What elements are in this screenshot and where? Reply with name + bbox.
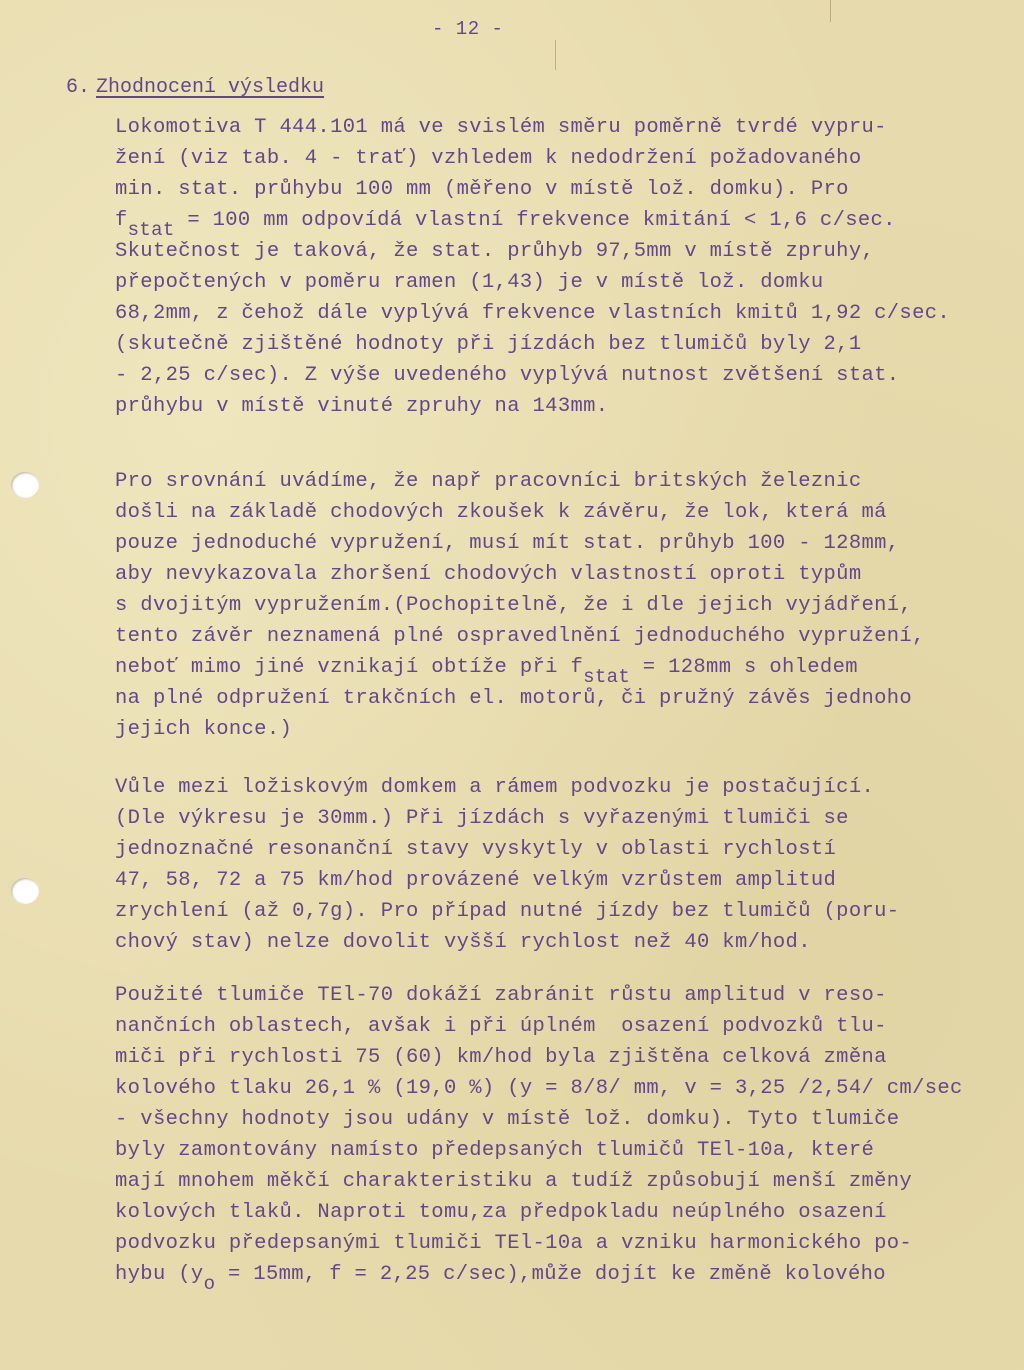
text-line: mají mnohem měkčí charakteristiku a tudí… bbox=[115, 1166, 963, 1197]
text-line: jejich konce.) bbox=[115, 714, 925, 745]
section-heading: 6.Zhodnocení výsledku bbox=[66, 76, 324, 99]
section-number: 6. bbox=[66, 76, 90, 99]
text-run: f bbox=[115, 209, 128, 232]
text-line: s dvojitým vypružením.(Pochopitelně, že … bbox=[115, 590, 925, 621]
text-line: chový stav) nelze dovolit vyšší rychlost… bbox=[115, 927, 899, 958]
text-line: na plné odpružení trakčních el. motorů, … bbox=[115, 683, 925, 714]
text-line: Lokomotiva T 444.101 má ve svislém směru… bbox=[115, 112, 950, 143]
text-line: Pro srovnání uvádíme, že např pracovníci… bbox=[115, 466, 925, 497]
text-run: neboť mimo jiné vznikají obtíže při f bbox=[115, 656, 583, 679]
text-run: hybu (y bbox=[115, 1263, 204, 1286]
paper-mark bbox=[555, 40, 556, 70]
text-run: = 15mm, f = 2,25 c/sec),může dojít ke zm… bbox=[215, 1263, 886, 1286]
text-line: (skutečně zjištěné hodnoty při jízdách b… bbox=[115, 329, 950, 360]
text-line: - všechny hodnoty jsou udány v místě lož… bbox=[115, 1104, 963, 1135]
subscript: stat bbox=[128, 219, 175, 241]
text-line: Skutečnost je taková, že stat. průhyb 97… bbox=[115, 236, 950, 267]
paragraph-1: Lokomotiva T 444.101 má ve svislém směru… bbox=[115, 112, 950, 422]
text-line: průhybu v místě vinuté zpruhy na 143mm. bbox=[115, 391, 950, 422]
text-line: miči při rychlosti 75 (60) km/hod byla z… bbox=[115, 1042, 963, 1073]
text-line: - 2,25 c/sec). Z výše uvedeného vyplývá … bbox=[115, 360, 950, 391]
text-line: aby nevykazovala zhoršení chodových vlas… bbox=[115, 559, 925, 590]
text-line: podvozku předepsanými tlumiči TEl-10a a … bbox=[115, 1228, 963, 1259]
text-line: 47, 58, 72 a 75 km/hod provázené velkým … bbox=[115, 865, 899, 896]
paragraph-2: Pro srovnání uvádíme, že např pracovníci… bbox=[115, 466, 925, 745]
text-line: Použité tlumiče TEl-70 dokáží zabránit r… bbox=[115, 980, 963, 1011]
section-title: Zhodnocení výsledku bbox=[96, 76, 324, 99]
paper-mark bbox=[830, 0, 831, 22]
text-line: min. stat. průhybu 100 mm (měřeno v míst… bbox=[115, 174, 950, 205]
punch-hole-bottom bbox=[11, 878, 39, 904]
paragraph-3: Vůle mezi ložiskovým domkem a rámem podv… bbox=[115, 772, 899, 958]
subscript: o bbox=[204, 1273, 216, 1295]
text-line: přepočtených v poměru ramen (1,43) je v … bbox=[115, 267, 950, 298]
text-line: tento závěr neznamená plné ospravedlnění… bbox=[115, 621, 925, 652]
text-line: fstat = 100 mm odpovídá vlastní frekvenc… bbox=[115, 205, 950, 236]
paragraph-4: Použité tlumiče TEl-70 dokáží zabránit r… bbox=[115, 980, 963, 1290]
text-line: pouze jednoduché vypružení, musí mít sta… bbox=[115, 528, 925, 559]
text-line: hybu (yo = 15mm, f = 2,25 c/sec),může do… bbox=[115, 1259, 963, 1290]
subscript: stat bbox=[583, 666, 630, 688]
text-line: kolového tlaku 26,1 % (19,0 %) (y = 8/8/… bbox=[115, 1073, 963, 1104]
text-run: = 100 mm odpovídá vlastní frekvence kmit… bbox=[175, 209, 896, 232]
text-line: (Dle výkresu je 30mm.) Při jízdách s vyř… bbox=[115, 803, 899, 834]
text-run: = 128mm s ohledem bbox=[630, 656, 858, 679]
text-line: nančních oblastech, avšak i při úplném o… bbox=[115, 1011, 963, 1042]
text-line: 68,2mm, z čehož dále vyplývá frekvence v… bbox=[115, 298, 950, 329]
text-line: neboť mimo jiné vznikají obtíže při fsta… bbox=[115, 652, 925, 683]
text-line: byly zamontovány namísto předepsaných tl… bbox=[115, 1135, 963, 1166]
text-line: jednoznačné resonanční stavy vyskytly v … bbox=[115, 834, 899, 865]
text-line: zrychlení (až 0,7g). Pro případ nutné jí… bbox=[115, 896, 899, 927]
punch-hole-top bbox=[11, 472, 39, 498]
page-number: - 12 - bbox=[432, 18, 503, 40]
text-line: došli na základě chodových zkoušek k záv… bbox=[115, 497, 925, 528]
text-line: žení (viz tab. 4 - trať) vzhledem k nedo… bbox=[115, 143, 950, 174]
text-line: kolových tlaků. Naproti tomu,za předpokl… bbox=[115, 1197, 963, 1228]
text-line: Vůle mezi ložiskovým domkem a rámem podv… bbox=[115, 772, 899, 803]
